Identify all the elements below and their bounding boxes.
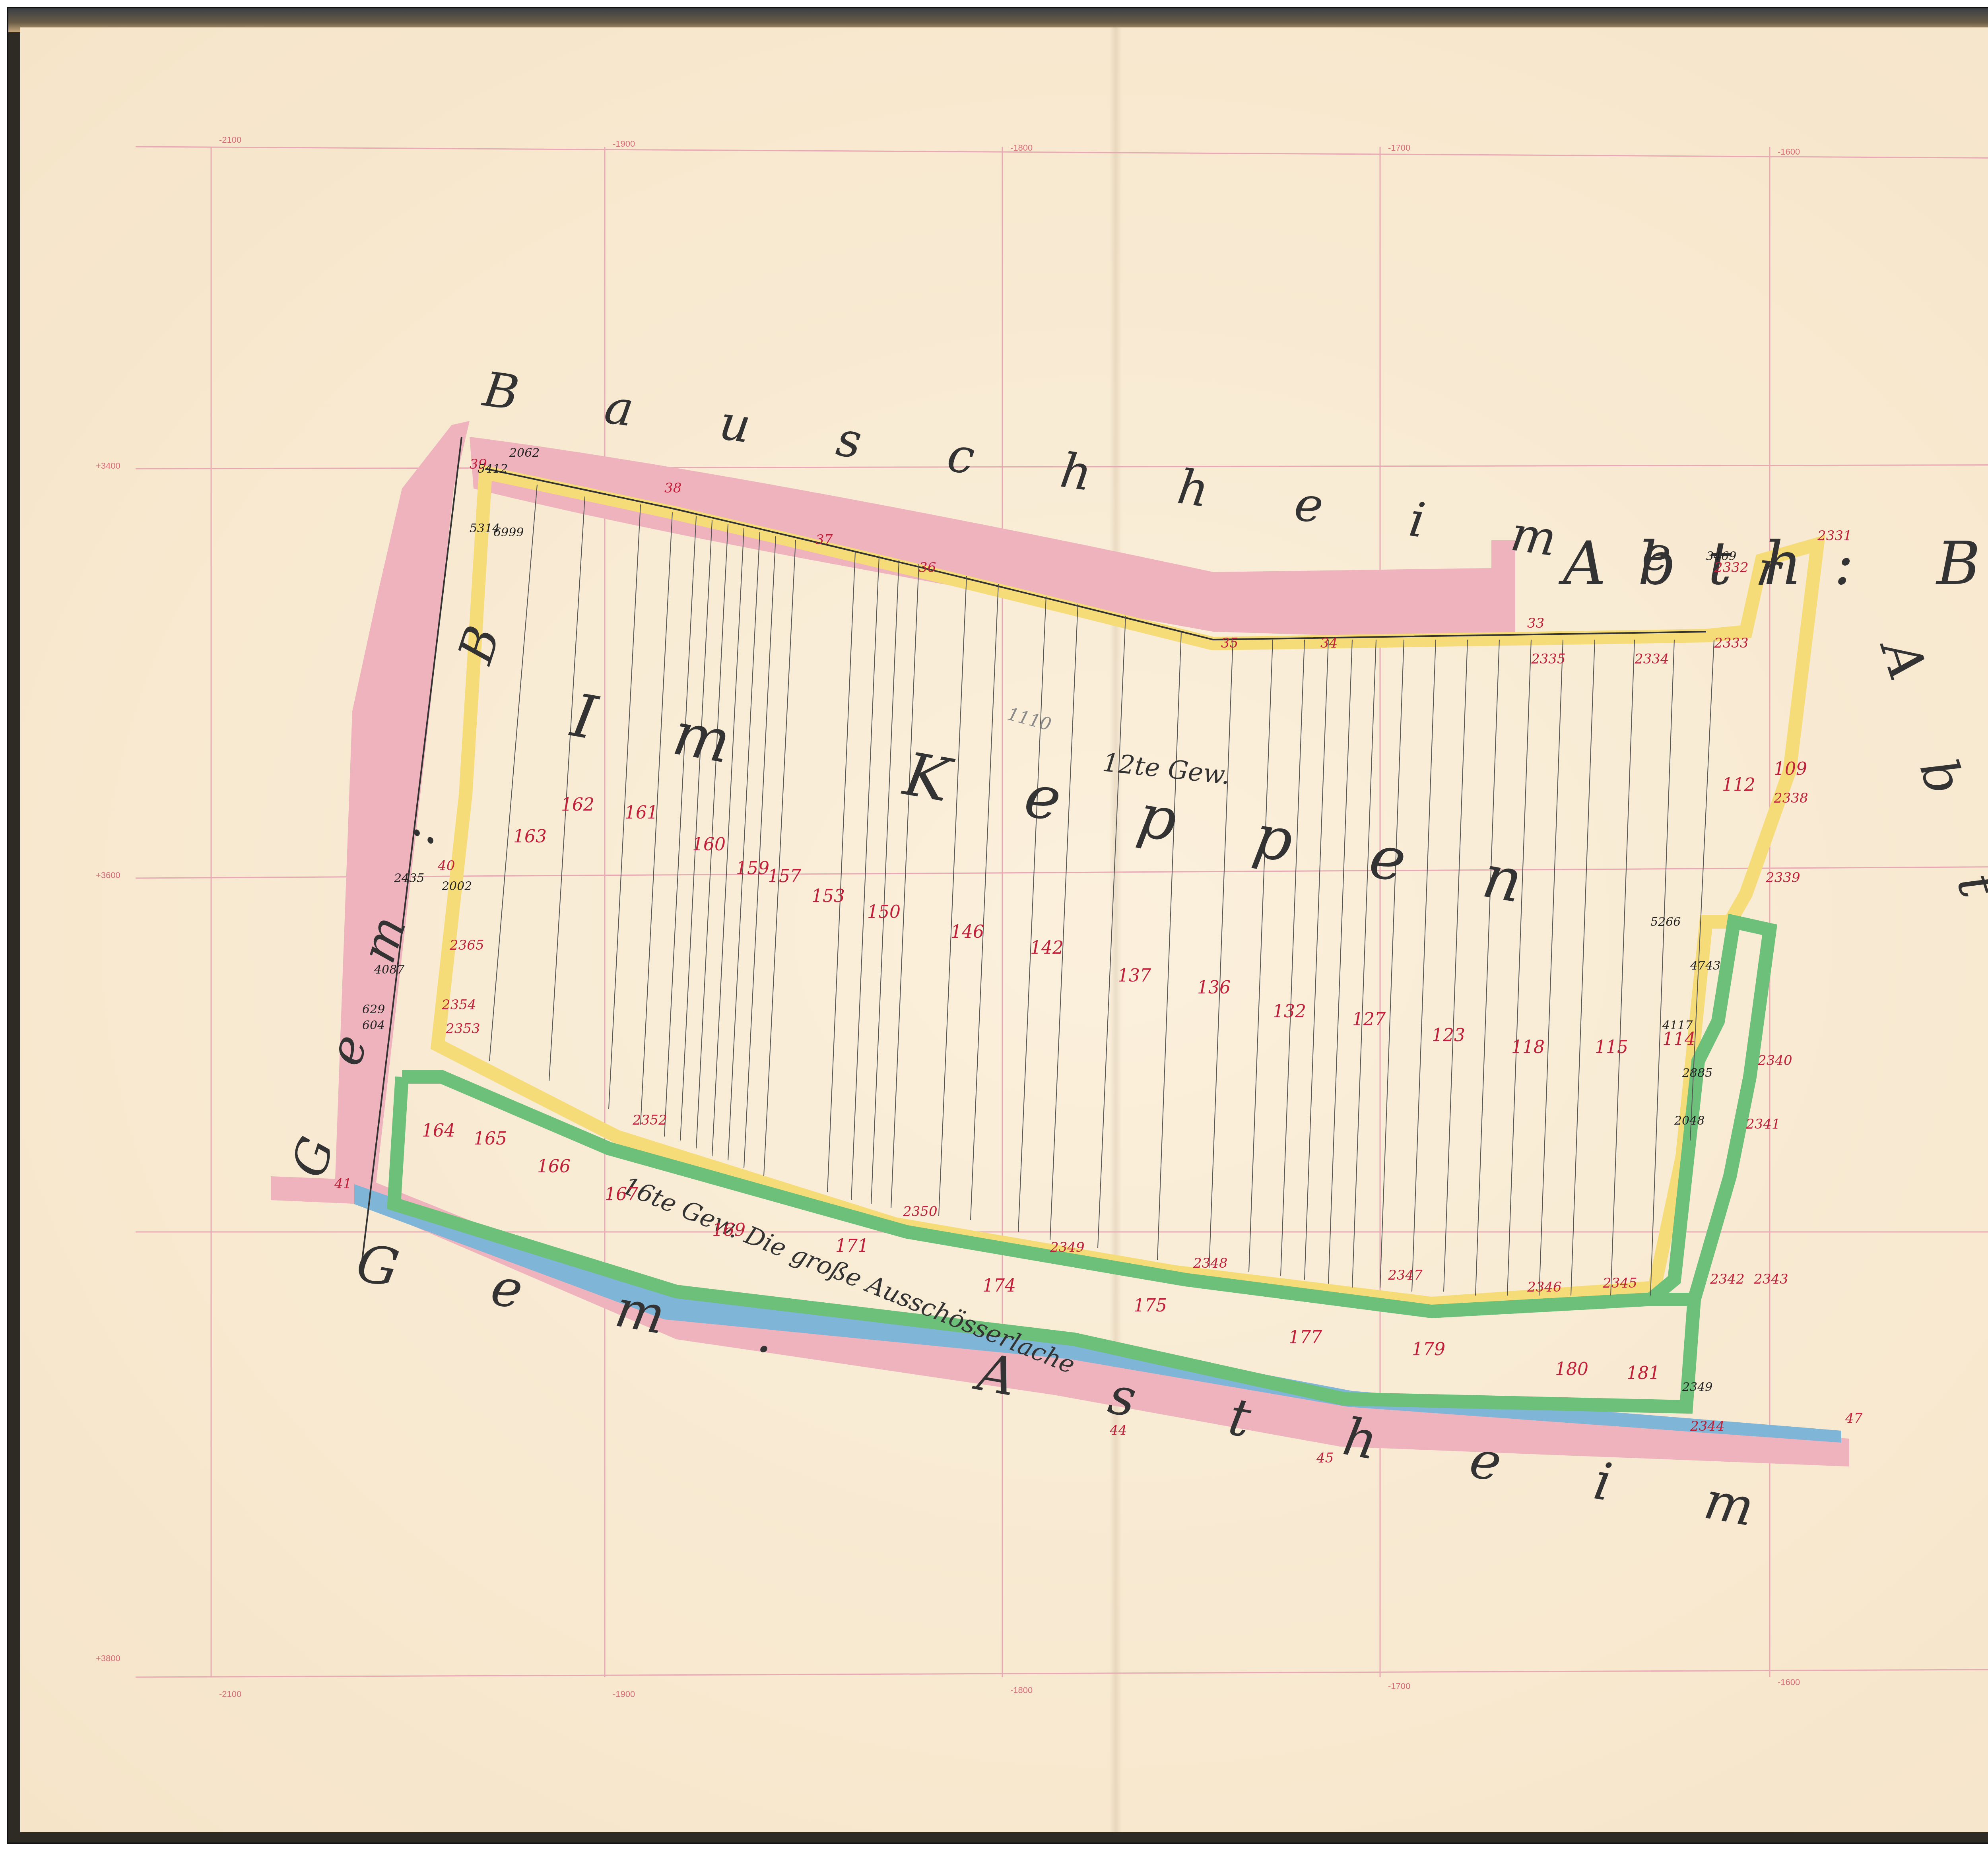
svg-text:167: 167 bbox=[605, 1184, 638, 1204]
svg-text:159: 159 bbox=[736, 858, 769, 879]
svg-text:2335: 2335 bbox=[1531, 651, 1566, 667]
svg-text:5412: 5412 bbox=[478, 462, 508, 476]
svg-text:44: 44 bbox=[1109, 1422, 1127, 1438]
svg-text:38: 38 bbox=[664, 480, 681, 496]
svg-text:2348: 2348 bbox=[1193, 1255, 1228, 1271]
svg-text:118: 118 bbox=[1511, 1037, 1545, 1057]
svg-text:123: 123 bbox=[1432, 1025, 1465, 1045]
svg-text:165: 165 bbox=[474, 1129, 507, 1149]
svg-text:2331: 2331 bbox=[1817, 528, 1852, 544]
svg-text:2350: 2350 bbox=[903, 1204, 938, 1220]
svg-text:2048: 2048 bbox=[1674, 1114, 1705, 1128]
svg-text:-1800: -1800 bbox=[1010, 143, 1033, 153]
svg-text:2435: 2435 bbox=[394, 871, 424, 885]
svg-text:164: 164 bbox=[422, 1121, 455, 1141]
svg-text:2342: 2342 bbox=[1710, 1271, 1745, 1287]
svg-text:4117: 4117 bbox=[1662, 1018, 1693, 1032]
svg-text:150: 150 bbox=[867, 902, 901, 922]
svg-text:180: 180 bbox=[1555, 1359, 1588, 1379]
svg-text:177: 177 bbox=[1289, 1327, 1322, 1348]
svg-text:109: 109 bbox=[1774, 759, 1807, 779]
svg-text:35: 35 bbox=[1221, 635, 1238, 651]
svg-text:33: 33 bbox=[1527, 615, 1544, 631]
svg-text:161: 161 bbox=[625, 803, 658, 823]
cadastral-map: -2100 -1900 -1800 -1700 -1600 +3400 +360… bbox=[20, 27, 1988, 1832]
svg-text:2365: 2365 bbox=[449, 937, 484, 953]
svg-text:2352: 2352 bbox=[632, 1112, 667, 1128]
svg-text:174: 174 bbox=[982, 1276, 1016, 1296]
svg-text:2347: 2347 bbox=[1388, 1267, 1423, 1283]
svg-text:5266: 5266 bbox=[1650, 915, 1681, 929]
svg-text:-2100: -2100 bbox=[219, 135, 241, 145]
svg-text:-1600: -1600 bbox=[1778, 147, 1800, 157]
svg-text:2062: 2062 bbox=[509, 446, 540, 460]
svg-text:2345: 2345 bbox=[1602, 1275, 1637, 1291]
svg-text:2349: 2349 bbox=[1682, 1380, 1712, 1394]
svg-text:2353: 2353 bbox=[445, 1021, 480, 1037]
svg-text:Abth: D: Abth: D bbox=[1868, 629, 1988, 1424]
svg-text:45: 45 bbox=[1316, 1450, 1334, 1466]
svg-text:+3800: +3800 bbox=[96, 1653, 120, 1663]
svg-text:604: 604 bbox=[362, 1018, 385, 1032]
svg-text:160: 160 bbox=[692, 834, 726, 855]
svg-text:-1700: -1700 bbox=[1388, 1681, 1410, 1691]
faint-pencil-note: 1110 bbox=[1005, 704, 1053, 735]
svg-text:-1900: -1900 bbox=[613, 1689, 635, 1699]
svg-text:171: 171 bbox=[835, 1236, 869, 1256]
svg-text:41: 41 bbox=[334, 1176, 351, 1192]
svg-text:137: 137 bbox=[1118, 966, 1151, 986]
svg-text:157: 157 bbox=[768, 866, 801, 886]
svg-text:-1700: -1700 bbox=[1388, 143, 1410, 153]
svg-text:163: 163 bbox=[513, 826, 547, 847]
svg-text:4087: 4087 bbox=[374, 963, 405, 977]
svg-text:175: 175 bbox=[1134, 1296, 1167, 1316]
svg-text:2354: 2354 bbox=[441, 997, 476, 1013]
svg-text:+3400: +3400 bbox=[96, 461, 120, 471]
svg-text:47: 47 bbox=[1845, 1410, 1863, 1426]
svg-text:-1600: -1600 bbox=[1778, 1677, 1800, 1687]
svg-text:115: 115 bbox=[1595, 1037, 1628, 1057]
svg-text:132: 132 bbox=[1273, 1001, 1306, 1022]
svg-text:629: 629 bbox=[362, 1003, 385, 1016]
svg-text:146: 146 bbox=[951, 922, 984, 942]
svg-text:-2100: -2100 bbox=[219, 1689, 241, 1699]
scan-frame: -2100 -1900 -1800 -1700 -1600 +3400 +360… bbox=[7, 7, 1988, 1844]
svg-text:2340: 2340 bbox=[1757, 1053, 1792, 1069]
svg-text:2343: 2343 bbox=[1753, 1271, 1788, 1287]
svg-text:179: 179 bbox=[1412, 1339, 1445, 1360]
svg-text:2349: 2349 bbox=[1050, 1239, 1085, 1255]
svg-text:3469: 3469 bbox=[1706, 549, 1736, 563]
svg-text:162: 162 bbox=[561, 795, 594, 815]
svg-text:153: 153 bbox=[812, 886, 845, 906]
svg-text:2346: 2346 bbox=[1527, 1279, 1562, 1295]
svg-text:136: 136 bbox=[1197, 978, 1231, 998]
svg-text:-1800: -1800 bbox=[1010, 1685, 1033, 1695]
svg-text:4743: 4743 bbox=[1690, 959, 1720, 973]
svg-text:2885: 2885 bbox=[1682, 1066, 1712, 1080]
svg-text:6999: 6999 bbox=[493, 526, 524, 539]
svg-text:166: 166 bbox=[537, 1156, 571, 1177]
svg-text:2338: 2338 bbox=[1773, 790, 1808, 806]
svg-text:Abth: B.: Abth: B. bbox=[1558, 529, 1988, 598]
svg-text:2334: 2334 bbox=[1634, 651, 1669, 667]
svg-text:2344: 2344 bbox=[1690, 1418, 1725, 1434]
svg-text:127: 127 bbox=[1352, 1009, 1386, 1030]
svg-text:37: 37 bbox=[815, 532, 833, 548]
svg-text:40: 40 bbox=[437, 858, 455, 874]
svg-text:181: 181 bbox=[1627, 1363, 1660, 1383]
svg-text:142: 142 bbox=[1030, 938, 1064, 958]
svg-text:112: 112 bbox=[1722, 775, 1755, 795]
svg-text:2002: 2002 bbox=[441, 879, 472, 893]
map-page: -2100 -1900 -1800 -1700 -1600 +3400 +360… bbox=[20, 27, 1988, 1832]
svg-text:2339: 2339 bbox=[1765, 870, 1800, 886]
svg-text:-1900: -1900 bbox=[613, 139, 635, 149]
svg-text:169: 169 bbox=[712, 1220, 745, 1240]
svg-text:+3600: +3600 bbox=[96, 870, 120, 880]
svg-text:Im Keppen: Im Keppen bbox=[565, 681, 1606, 930]
svg-text:36: 36 bbox=[919, 560, 936, 576]
svg-text:2341: 2341 bbox=[1745, 1116, 1780, 1132]
svg-text:34: 34 bbox=[1320, 635, 1338, 651]
svg-text:2333: 2333 bbox=[1714, 635, 1749, 651]
